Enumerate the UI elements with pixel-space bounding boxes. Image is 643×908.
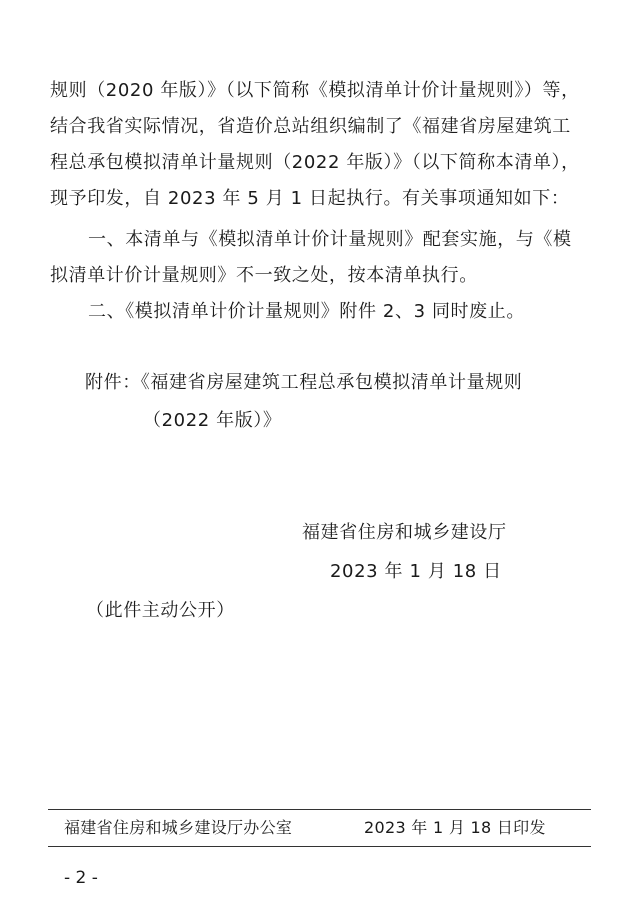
body-line-1: 规则（2020 年版）》（以下简称《模拟清单计价计量规则》）等， bbox=[50, 80, 580, 102]
body-line-3: 程总承包模拟清单计量规则（2022 年版）》（以下简称本清单）， bbox=[50, 152, 580, 174]
footer-office: 福建省住房和城乡建设厅办公室 bbox=[64, 818, 292, 838]
footer-print-date: 2023 年 1 月 18 日印发 bbox=[364, 818, 546, 838]
attachment-line-2: （2022 年版）》 bbox=[143, 410, 282, 432]
footer-top-rule bbox=[48, 809, 591, 810]
body-line-2: 结合我省实际情况，省造价总站组织编制了《福建省房屋建筑工 bbox=[50, 116, 571, 138]
signature-issuer: 福建省住房和城乡建设厅 bbox=[302, 522, 507, 544]
signature-date: 2023 年 1 月 18 日 bbox=[330, 561, 502, 583]
item-1-line-1: 一、本清单与《模拟清单计价计量规则》配套实施，与《模 bbox=[88, 229, 572, 251]
body-line-4: 现予印发，自 2023 年 5 月 1 日起执行。有关事项通知如下： bbox=[50, 188, 569, 210]
attachment-line-1: 附件：《福建省房屋建筑工程总承包模拟清单计量规则 bbox=[85, 372, 522, 394]
page-number: - 2 - bbox=[64, 868, 98, 888]
item-2: 二、《模拟清单计价计量规则》附件 2、3 同时废止。 bbox=[88, 301, 525, 323]
item-1-line-2: 拟清单计价计量规则》不一致之处，按本清单执行。 bbox=[50, 265, 478, 287]
footer-bottom-rule bbox=[48, 846, 591, 847]
disclosure-note: （此件主动公开） bbox=[86, 600, 235, 622]
